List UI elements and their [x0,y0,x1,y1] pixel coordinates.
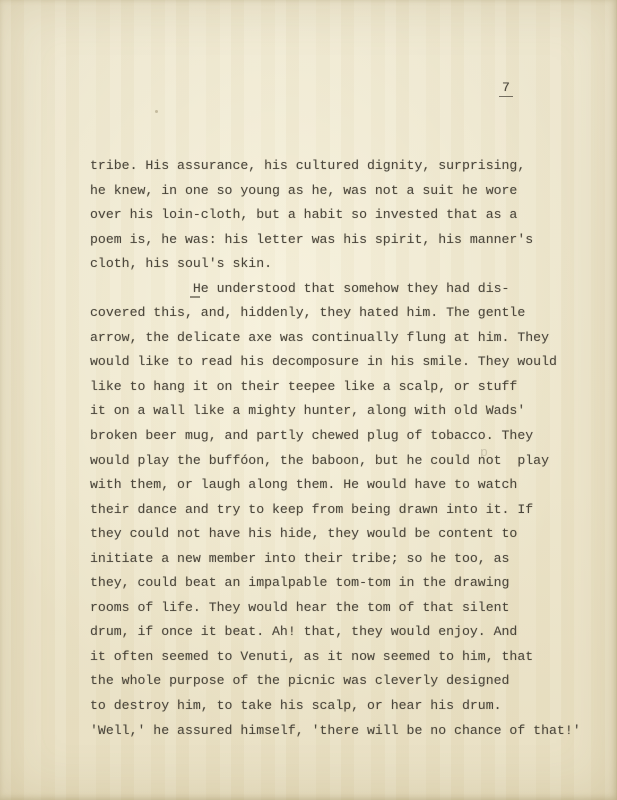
typed-line: cloth, his soul's skin. [90,252,581,277]
typed-line: like to hang it on their teepee like a s… [90,375,581,400]
page-number: 7 [499,80,513,97]
typed-line: arrow, the delicate axe was continually … [90,326,581,351]
typed-line: their dance and try to keep from being d… [90,498,581,523]
typed-line: to destroy him, to take his scalp, or he… [90,694,581,719]
paragraph-start-underline-mark [190,296,200,298]
paper-speck [155,110,158,113]
typed-line: covered this, and, hiddenly, they hated … [90,301,581,326]
typed-line: they, could beat an impalpable tom-tom i… [90,571,581,596]
typed-line: over his loin-cloth, but a habit so inve… [90,203,581,228]
typed-line: they could not have his hide, they would… [90,522,581,547]
typed-line: with them, or laugh along them. He would… [90,473,581,498]
typed-line: it on a wall like a mighty hunter, along… [90,399,581,424]
typed-line: broken beer mug, and partly chewed plug … [90,424,581,449]
typed-line: he knew, in one so young as he, was not … [90,179,581,204]
typed-text-block: tribe. His assurance, his cultured digni… [90,154,581,743]
typed-line: rooms of life. They would hear the tom o… [90,596,581,621]
typed-line: it often seemed to Venuti, as it now see… [90,645,581,670]
typed-line: would like to read his decomposure in hi… [90,350,581,375]
typed-line: would play the buffóon, the baboon, but … [90,449,581,474]
typed-line: poem is, he was: his letter was his spir… [90,228,581,253]
typed-line: initiate a new member into their tribe; … [90,547,581,572]
typed-line: tribe. His assurance, his cultured digni… [90,154,581,179]
typed-line: the whole purpose of the picnic was clev… [90,669,581,694]
typed-line: He understood that somehow they had dis- [90,277,581,302]
erased-overstrike-character: p [480,445,488,460]
typed-line: 'Well,' he assured himself, 'there will … [90,719,581,744]
typed-line: drum, if once it beat. Ah! that, they wo… [90,620,581,645]
manuscript-page: 7 tribe. His assurance, his cultured dig… [0,0,617,800]
